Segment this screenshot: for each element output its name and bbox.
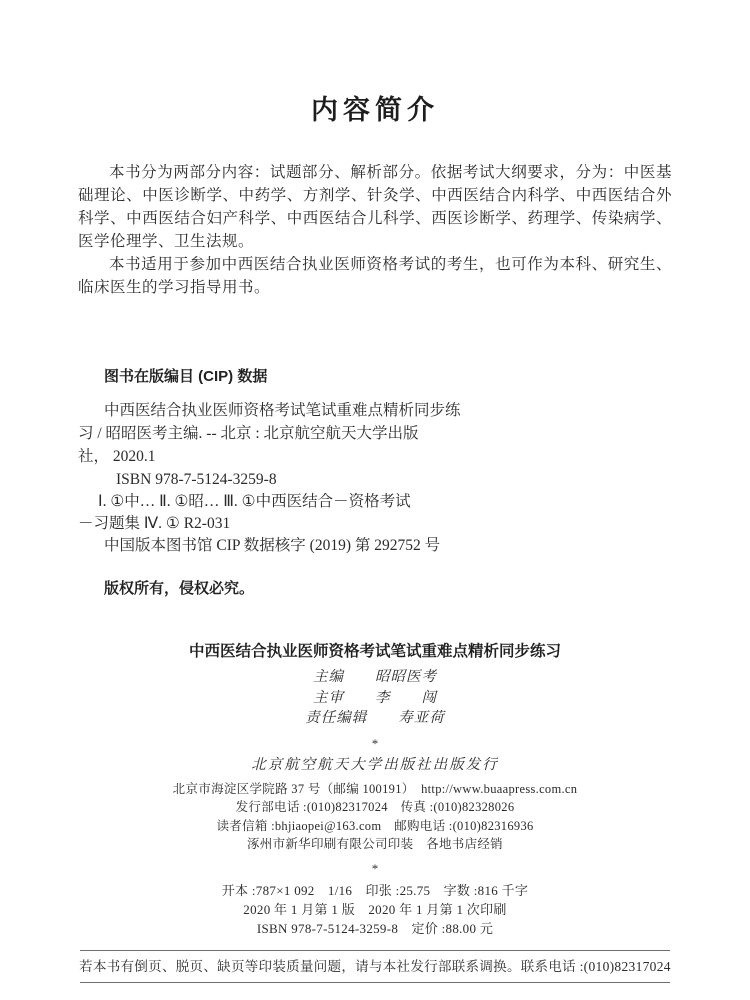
reviewer-line: 主审 李 闯 — [0, 688, 750, 709]
phone-line: 发行部电话 :(010)82317024 传真 :(010)82328026 — [0, 798, 750, 817]
publisher-contact-block: 北京市海淀区学院路 37 号（邮编 100191） http://www.bua… — [0, 780, 750, 854]
footer-quality-note: 若本书有倒页、脱页、缺页等印装质量问题，请与本社发行部联系调换。联系电话 :(0… — [0, 957, 750, 976]
cip-record-number: 中国版本图书馆 CIP 数据核字 (2019) 第 292752 号 — [78, 534, 672, 557]
editors-block: 主编 昭昭医考 主审 李 闯 责任编辑 寿亚荷 — [0, 667, 750, 729]
cip-heading: 图书在版编目 (CIP) 数据 — [104, 368, 750, 385]
printer-line: 涿州市新华印刷有限公司印装 各地书店经销 — [0, 835, 750, 854]
cip-isbn: ISBN 978-7-5124-3259-8 — [78, 468, 672, 491]
isbn-price-line: ISBN 978-7-5124-3259-8 定价 :88.00 元 — [0, 919, 750, 938]
edition-line: 2020 年 1 月第 1 版 2020 年 1 月第 1 次印刷 — [0, 900, 750, 919]
copyright-notice: 版权所有，侵权必究。 — [104, 580, 750, 597]
managing-editor-line: 责任编辑 寿亚荷 — [0, 708, 750, 729]
publisher-line: 北京航空航天大学出版社出版发行 — [0, 757, 750, 774]
content-introduction: 本书分为两部分内容：试题部分、解析部分。依据考试大纲要求，分为：中医基础理论、中… — [78, 161, 672, 299]
print-spec-block: 开本 :787×1 092 1/16 印张 :25.75 字数 :816 千字 … — [0, 881, 750, 938]
page-title: 内容简介 — [0, 96, 750, 125]
footer-divider-bottom — [80, 982, 670, 983]
cip-entry: 中西医结合执业医师资格考试笔试重难点精析同步练 习 / 昭昭医考主编. -- 北… — [78, 399, 672, 557]
separator-star: * — [0, 736, 750, 751]
cip-class-line: －习题集 Ⅳ. ① R2-031 — [78, 513, 672, 535]
cip-entry-line: 中西医结合执业医师资格考试笔试重难点精析同步练 — [78, 399, 672, 422]
format-line: 开本 :787×1 092 1/16 印张 :25.75 字数 :816 千字 — [0, 881, 750, 900]
book-title: 中西医结合执业医师资格考试笔试重难点精析同步练习 — [0, 643, 750, 661]
cip-entry-line: 习 / 昭昭医考主编. -- 北京 : 北京航空航天大学出版 — [78, 422, 672, 445]
colophon: 中西医结合执业医师资格考试笔试重难点精析同步练习 主编 昭昭医考 主审 李 闯 … — [0, 643, 750, 938]
cip-classification: Ⅰ. ①中… Ⅱ. ①昭… Ⅲ. ①中西医结合－资格考试 －习题集 Ⅳ. ① R… — [78, 491, 672, 534]
intro-paragraph-1: 本书分为两部分内容：试题部分、解析部分。依据考试大纲要求，分为：中医基础理论、中… — [78, 161, 672, 253]
cip-class-line: Ⅰ. ①中… Ⅱ. ①昭… Ⅲ. ①中西医结合－资格考试 — [78, 491, 672, 513]
address-line: 北京市海淀区学院路 37 号（邮编 100191） http://www.bua… — [0, 780, 750, 799]
chief-editor-line: 主编 昭昭医考 — [0, 667, 750, 688]
intro-paragraph-2: 本书适用于参加中西医结合执业医师资格考试的考生，也可作为本科、研究生、临床医生的… — [78, 253, 672, 299]
cip-entry-line: 社， 2020.1 — [78, 445, 672, 468]
footer-divider-top — [80, 950, 670, 951]
email-line: 读者信箱 :bhjiaopei@163.com 邮购电话 :(010)82316… — [0, 817, 750, 836]
book-copyright-page: 内容简介 本书分为两部分内容：试题部分、解析部分。依据考试大纲要求，分为：中医基… — [0, 0, 750, 1000]
separator-star: * — [0, 861, 750, 876]
